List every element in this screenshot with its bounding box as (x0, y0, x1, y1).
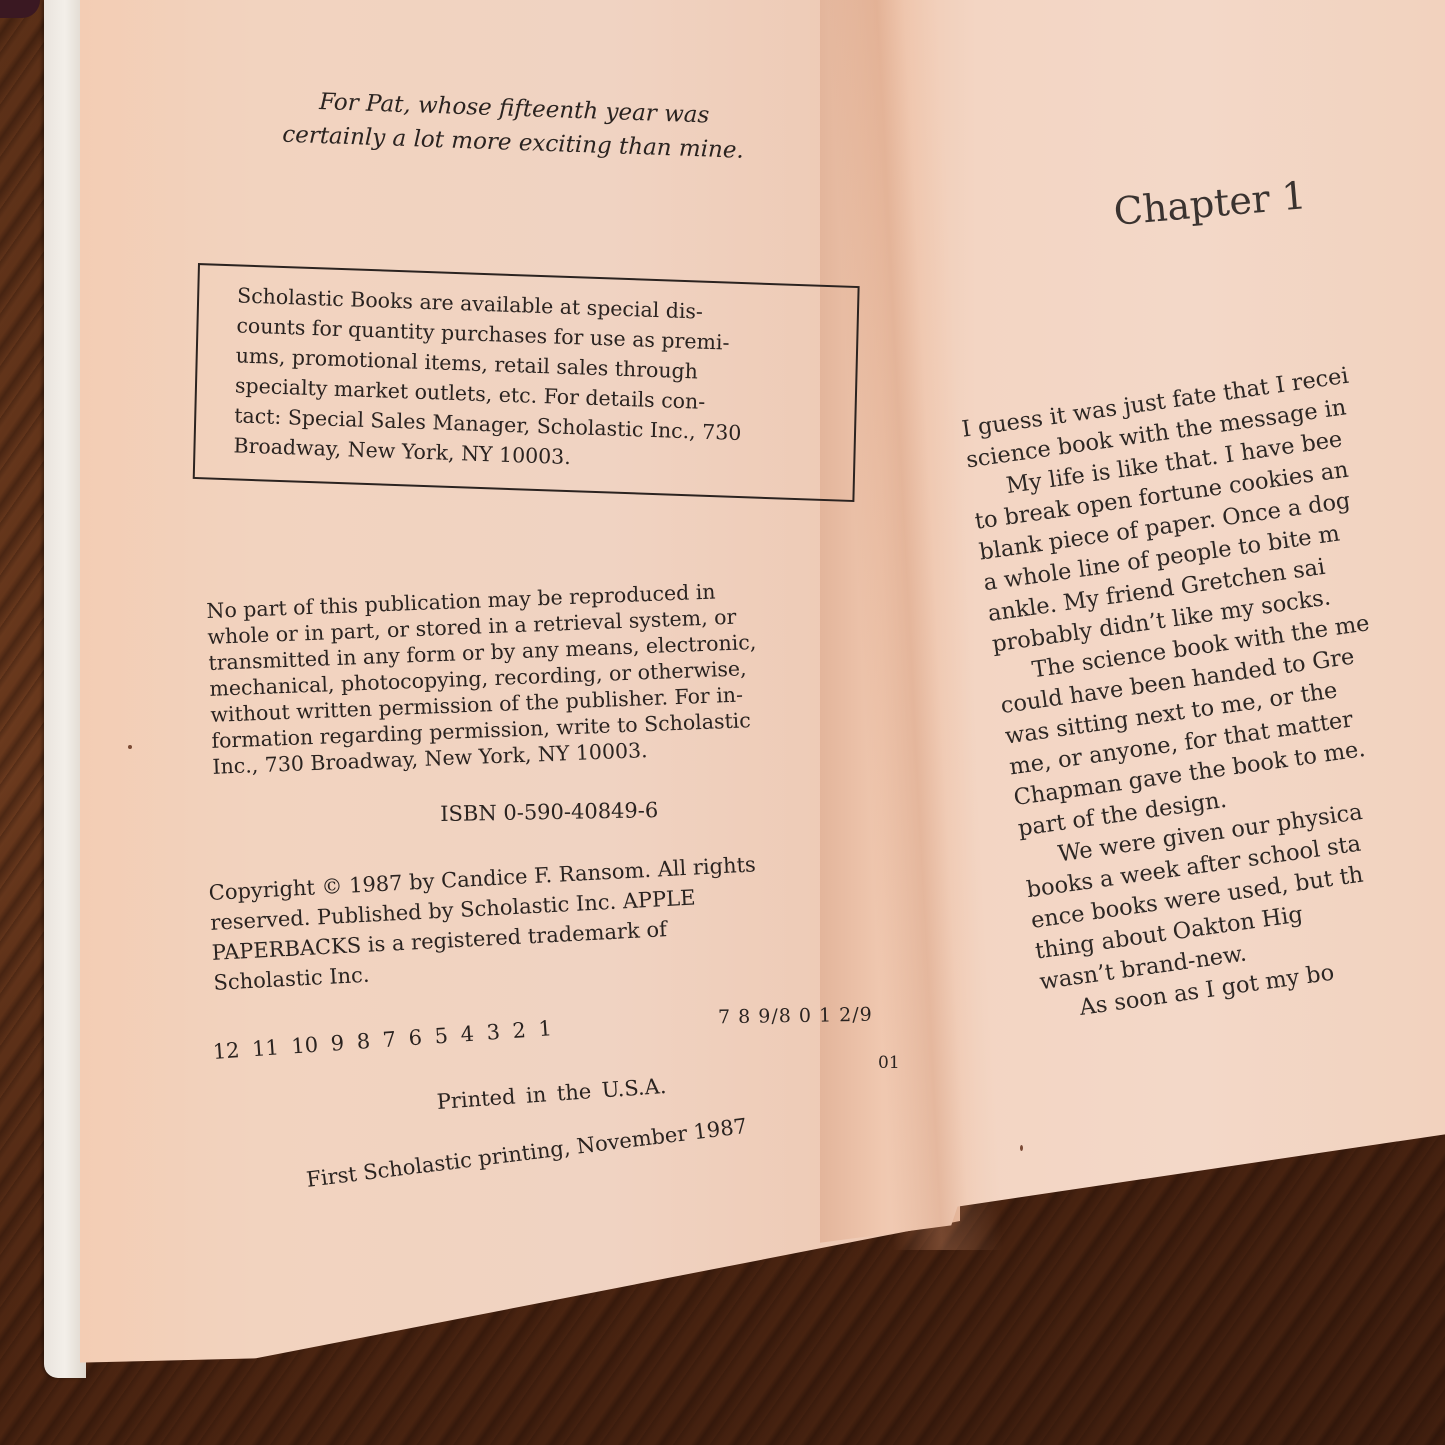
isbn-number: ISBN 0-590-40849-6 (440, 798, 658, 826)
paper-speck (1020, 1145, 1023, 1151)
chapter-body-text: I guess it was just fate that I recei sc… (960, 337, 1445, 1029)
paper-speck (128, 745, 132, 749)
book-page-edges (44, 0, 86, 1378)
rights-reserved-notice: No part of this publication may be repro… (206, 573, 853, 779)
special-sales-notice-box: Scholastic Books are available at specia… (193, 263, 860, 502)
edition-code: 01 (878, 1053, 900, 1073)
printing-year-codes: 7 8 9/8 0 1 2/9 (718, 1004, 873, 1029)
